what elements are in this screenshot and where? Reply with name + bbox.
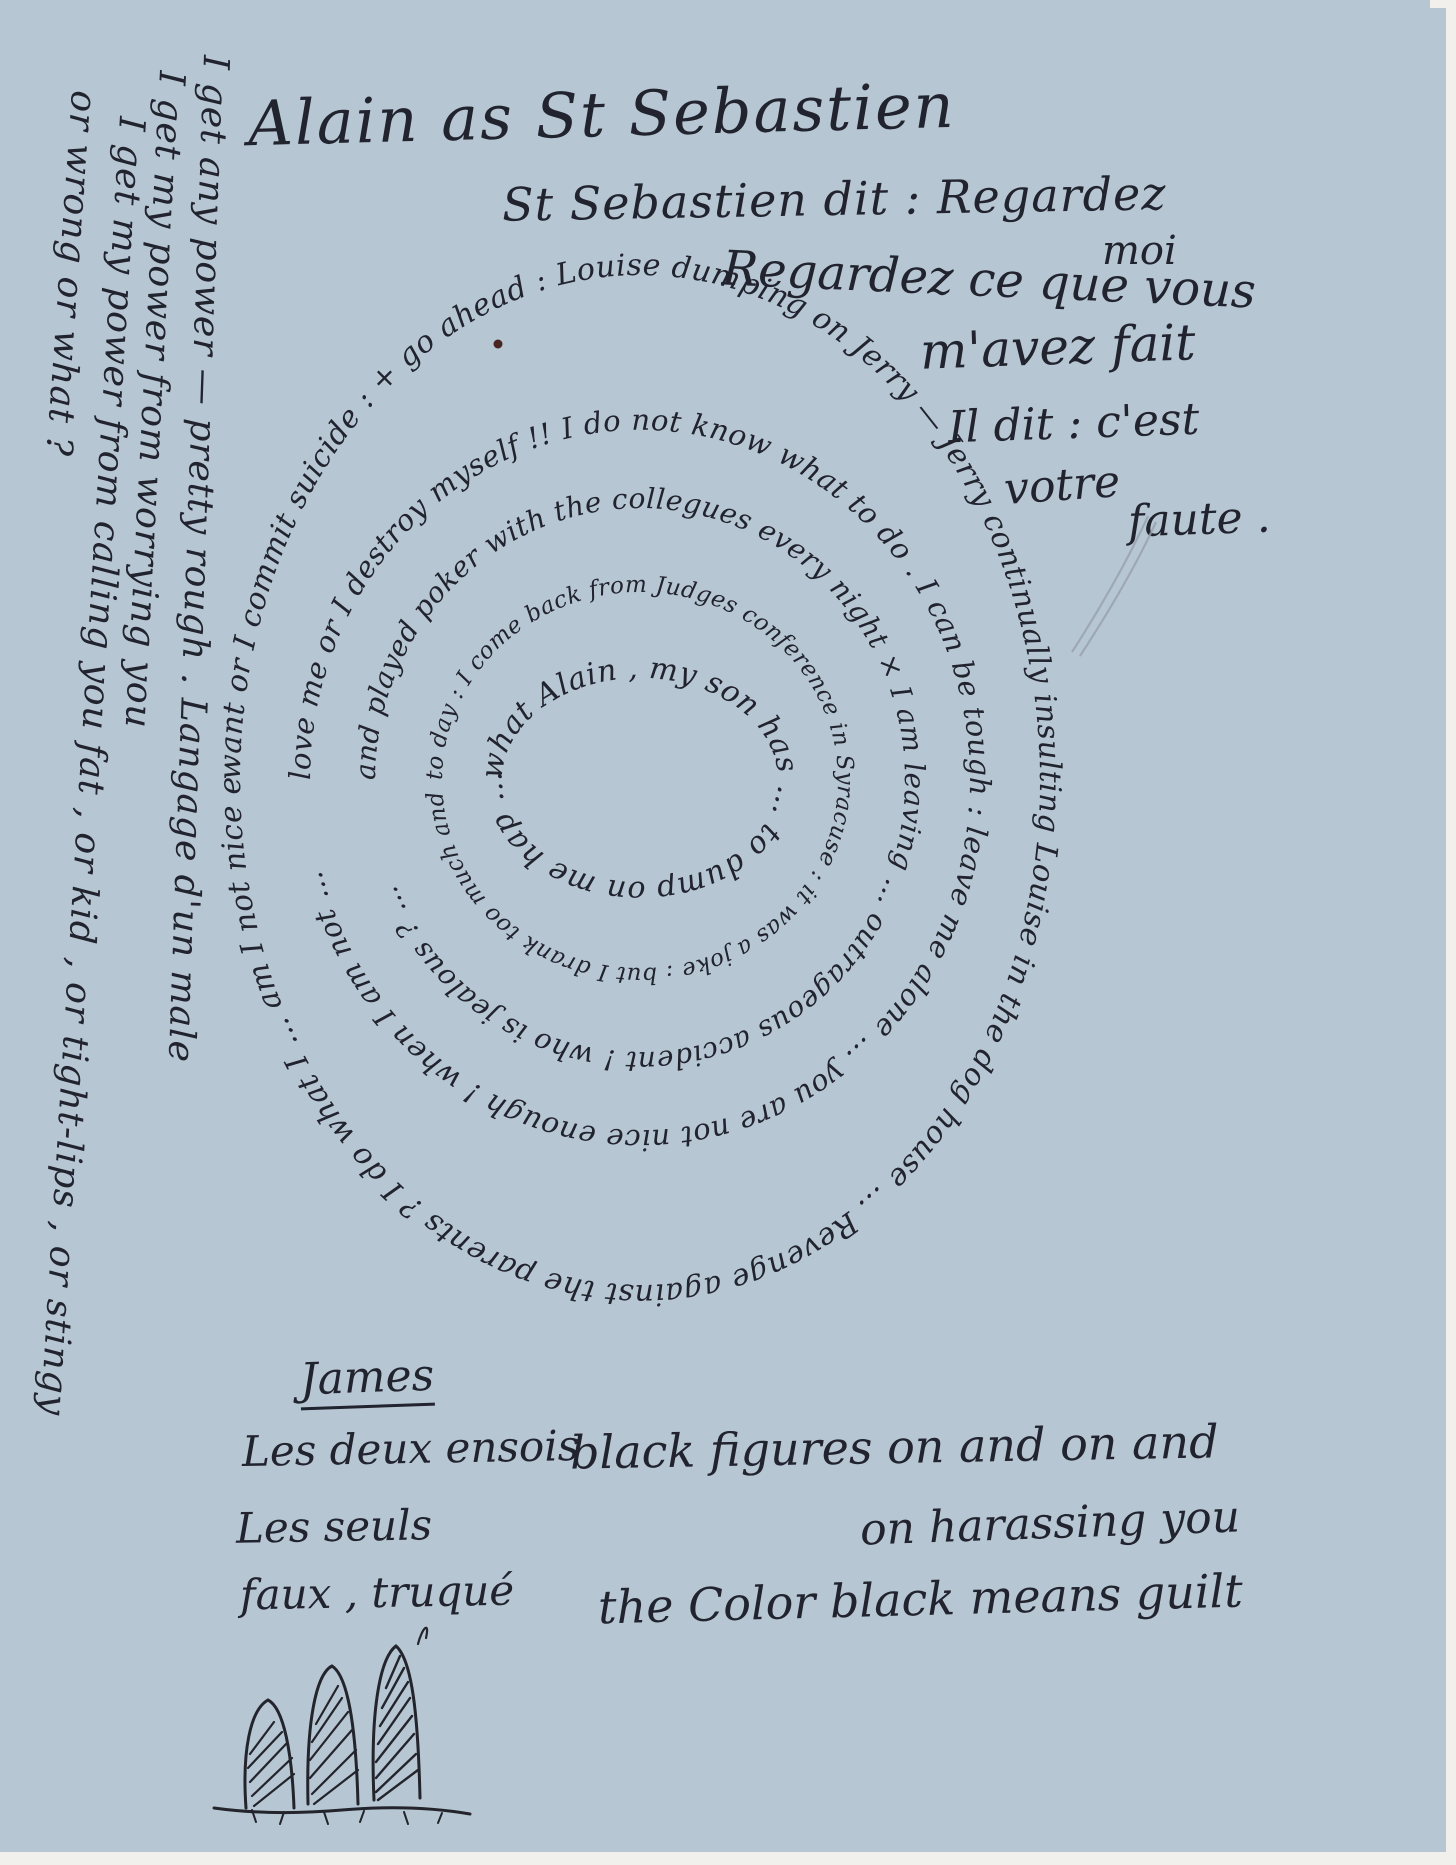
arch-2-hatch (310, 1686, 358, 1804)
tombstone-drawing (214, 1628, 470, 1824)
paper-edge-right (1446, 0, 1456, 1865)
paper-edge-top-right (1430, 0, 1456, 8)
manuscript-sheet: Alain as St Sebastien St Sebastien dit :… (0, 0, 1456, 1865)
spiral-ring-text-2: love me or I destroy myself !! I do not … (283, 403, 997, 1157)
arch-3-hatch (376, 1656, 418, 1800)
arch-3-flick (418, 1628, 427, 1644)
ink-dot (494, 340, 503, 349)
footnote-les-seuls: Les seuls (236, 1500, 433, 1552)
caption-line-1: black figures on and on and (570, 1414, 1219, 1479)
pencil-marks (1072, 516, 1156, 656)
footnote-les-deux: Les deux ensois (242, 1421, 580, 1476)
paper-edge-bottom (0, 1852, 1456, 1865)
arch-2-outline (308, 1666, 358, 1804)
footnote-james: James (299, 1350, 435, 1411)
arch-3-outline (373, 1646, 420, 1800)
footnote-faux-truque: faux , truqué (240, 1566, 515, 1620)
spiral-ring-text-inner: what Alain , my son has … to dump on me … (474, 651, 805, 909)
arch-1-outline (245, 1700, 294, 1808)
